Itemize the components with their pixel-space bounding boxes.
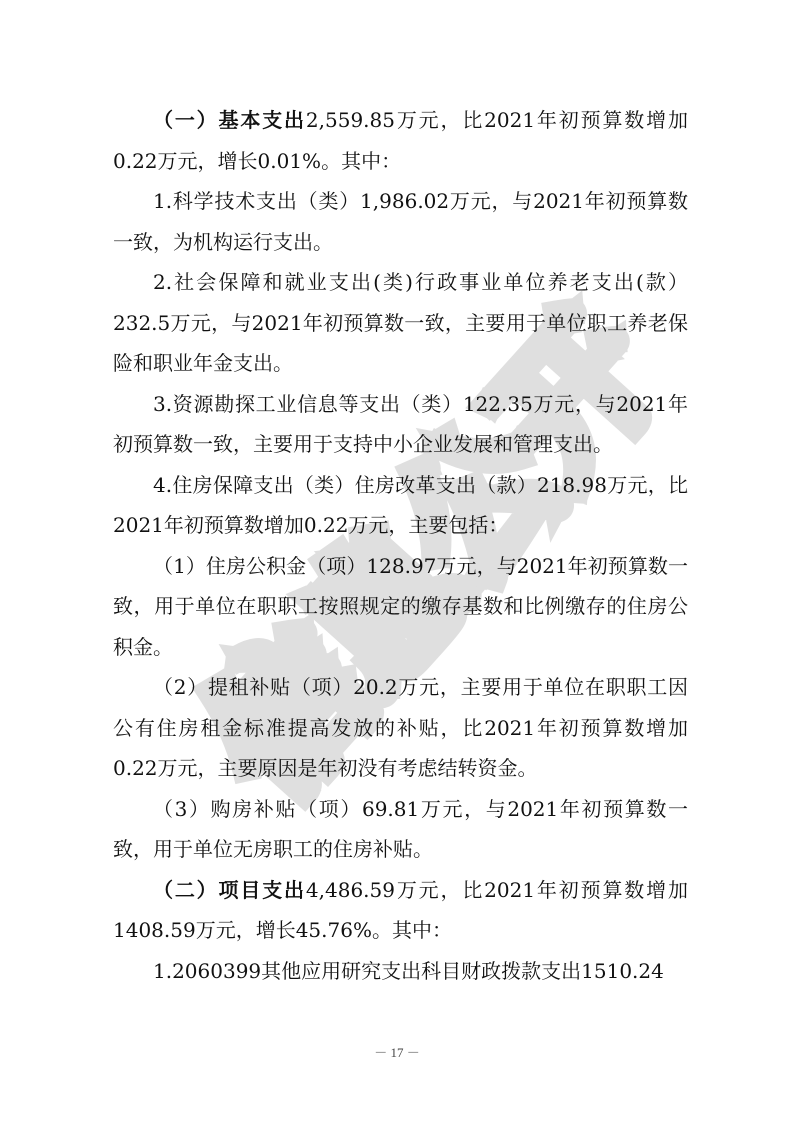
- paragraph-social-security: 2.社会保障和就业支出(类)行政事业单位养老支出(款）232.5万元，与2021…: [113, 262, 688, 384]
- paragraph-housing-security: 4.住房保障支出（类）住房改革支出（款）218.98万元，比2021年初预算数增…: [113, 465, 688, 546]
- paragraph-science-tech: 1.科学技术支出（类）1,986.02万元，与2021年初预算数一致，为机构运行…: [113, 181, 688, 262]
- paragraph-rent-subsidy: （2）提租补贴（项）20.2万元，主要用于单位在职职工因公有住房租金标准提高发放…: [113, 667, 688, 789]
- document-body: （一）基本支出2,559.85万元，比2021年初预算数增加0.22万元，增长0…: [113, 100, 688, 991]
- paragraph-applied-research: 1.2060399其他应用研究支出科目财政拨款支出1510.24: [113, 951, 688, 992]
- paragraph-text: （2）提租补贴（项）20.2万元，主要用于单位在职职工因公有住房租金标准提高发放…: [113, 675, 688, 780]
- paragraph-purchase-subsidy: （3）购房补贴（项）69.81万元，与2021年初预算数一致，用于单位无房职工的…: [113, 789, 688, 870]
- document-page: 信息公开 （一）基本支出2,559.85万元，比2021年初预算数增加0.22万…: [0, 0, 794, 1123]
- paragraph-project-expenditure: （二）项目支出4,486.59万元，比2021年初预算数增加1408.59万元，…: [113, 870, 688, 951]
- paragraph-text: （3）购房补贴（项）69.81万元，与2021年初预算数一致，用于单位无房职工的…: [113, 797, 688, 862]
- paragraph-text: （1）住房公积金（项）128.97万元，与2021年初预算数一致，用于单位在职职…: [113, 554, 688, 659]
- paragraph-basic-expenditure: （一）基本支出2,559.85万元，比2021年初预算数增加0.22万元，增长0…: [113, 100, 688, 181]
- section-heading-basic-expenditure: （一）基本支出: [153, 108, 306, 132]
- paragraph-text: 2.社会保障和就业支出(类)行政事业单位养老支出(款）232.5万元，与2021…: [113, 270, 688, 375]
- paragraph-text: 3.资源勘探工业信息等支出（类）122.35万元，与2021年初预算数一致，主要…: [113, 392, 688, 457]
- section-heading-project-expenditure: （二）项目支出: [153, 878, 306, 902]
- paragraph-text: 4.住房保障支出（类）住房改革支出（款）218.98万元，比2021年初预算数增…: [113, 473, 688, 538]
- paragraph-text: 1.2060399其他应用研究支出科目财政拨款支出1510.24: [153, 959, 664, 983]
- page-number: － 17 －: [0, 1042, 794, 1061]
- paragraph-text: 1.科学技术支出（类）1,986.02万元，与2021年初预算数一致，为机构运行…: [113, 189, 688, 254]
- paragraph-housing-fund: （1）住房公积金（项）128.97万元，与2021年初预算数一致，用于单位在职职…: [113, 546, 688, 668]
- paragraph-resource-exploration: 3.资源勘探工业信息等支出（类）122.35万元，与2021年初预算数一致，主要…: [113, 384, 688, 465]
